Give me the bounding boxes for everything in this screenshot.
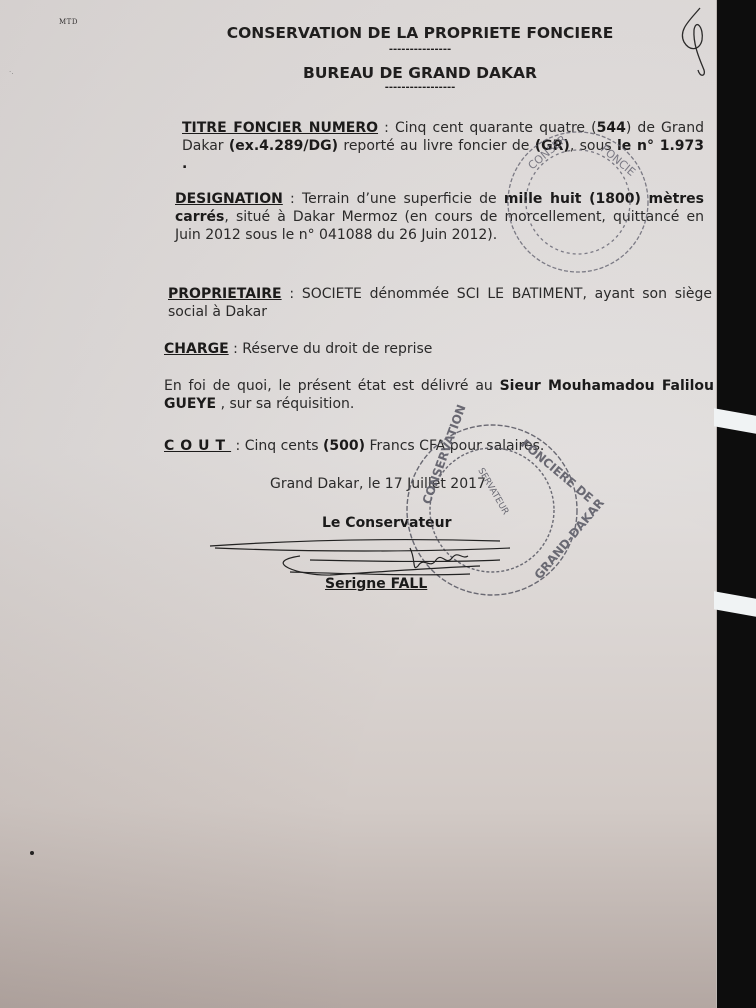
designation-text: , situé à Dakar Mermoz (en cours de morc… (175, 209, 704, 243)
designation-label: DESIGNATION (175, 191, 283, 207)
cout-text: : Cinq cents (231, 438, 323, 454)
lower-stamp-icon: CONSERVATION FONCIERE DE GRAND-DAKAR SER… (407, 403, 607, 595)
subtitle-separator: ----------------- (120, 82, 720, 93)
titre-text: reporté au livre foncier de (338, 138, 535, 154)
titre-foncier-label: TITRE FONCIER NUMERO (182, 120, 378, 136)
signatory-name: Serigne FALL (325, 576, 427, 592)
charge-label: CHARGE (164, 341, 229, 357)
stray-dot (30, 851, 34, 855)
designation-text: : Terrain d’une superficie de (283, 191, 504, 207)
designation-paragraph: DESIGNATION : Terrain d’une superficie d… (175, 190, 704, 244)
signatory-title: Le Conservateur (322, 515, 452, 531)
proprietaire-paragraph: PROPRIETAIRE : SOCIETE dénommée SCI LE B… (168, 285, 712, 321)
proprietaire-label: PROPRIETAIRE (168, 286, 282, 302)
margin-mark: ·. (9, 68, 13, 76)
titre-text: : Cinq cent quarante quatre ( (378, 120, 597, 136)
cout-text: Francs CFA pour salaires. (365, 438, 544, 454)
place-date: Grand Dakar, le 17 Juillet 2017 (270, 476, 486, 492)
screen-glare (714, 591, 756, 616)
document-title: CONSERVATION DE LA PROPRIETE FONCIERE (120, 24, 720, 42)
signature-icon (210, 540, 510, 575)
title-separator: --------------- (120, 44, 720, 55)
cout-label: COUT (164, 438, 231, 454)
charge-text: : Réserve du droit de reprise (229, 341, 433, 357)
cout-amount: (500) (323, 438, 365, 454)
titre-livre: (GR) (535, 138, 570, 154)
charge-paragraph: CHARGE : Réserve du droit de reprise (164, 340, 664, 358)
cout-paragraph: COUT : Cinq cents (500) Francs CFA pour … (164, 437, 664, 455)
titre-foncier-paragraph: TITRE FONCIER NUMERO : Cinq cent quarant… (182, 119, 704, 173)
foi-text: , sur sa réquisition. (216, 396, 354, 412)
document-subtitle: BUREAU DE GRAND DAKAR (120, 64, 720, 82)
titre-text: , sous (570, 138, 617, 154)
svg-text:GRAND-DAKAR: GRAND-DAKAR (532, 496, 607, 582)
document-page: MTD ·. CONSERVATION DE LA PROPRIETE FONC… (0, 0, 717, 1008)
foi-paragraph: En foi de quoi, le présent état est déli… (164, 377, 714, 413)
titre-ex-ref: (ex.4.289/DG) (229, 138, 338, 154)
screen-glare (714, 408, 756, 433)
titre-number: 544 (597, 120, 626, 136)
corner-mark: MTD (59, 18, 78, 26)
foi-text: En foi de quoi, le présent état est déli… (164, 378, 500, 394)
